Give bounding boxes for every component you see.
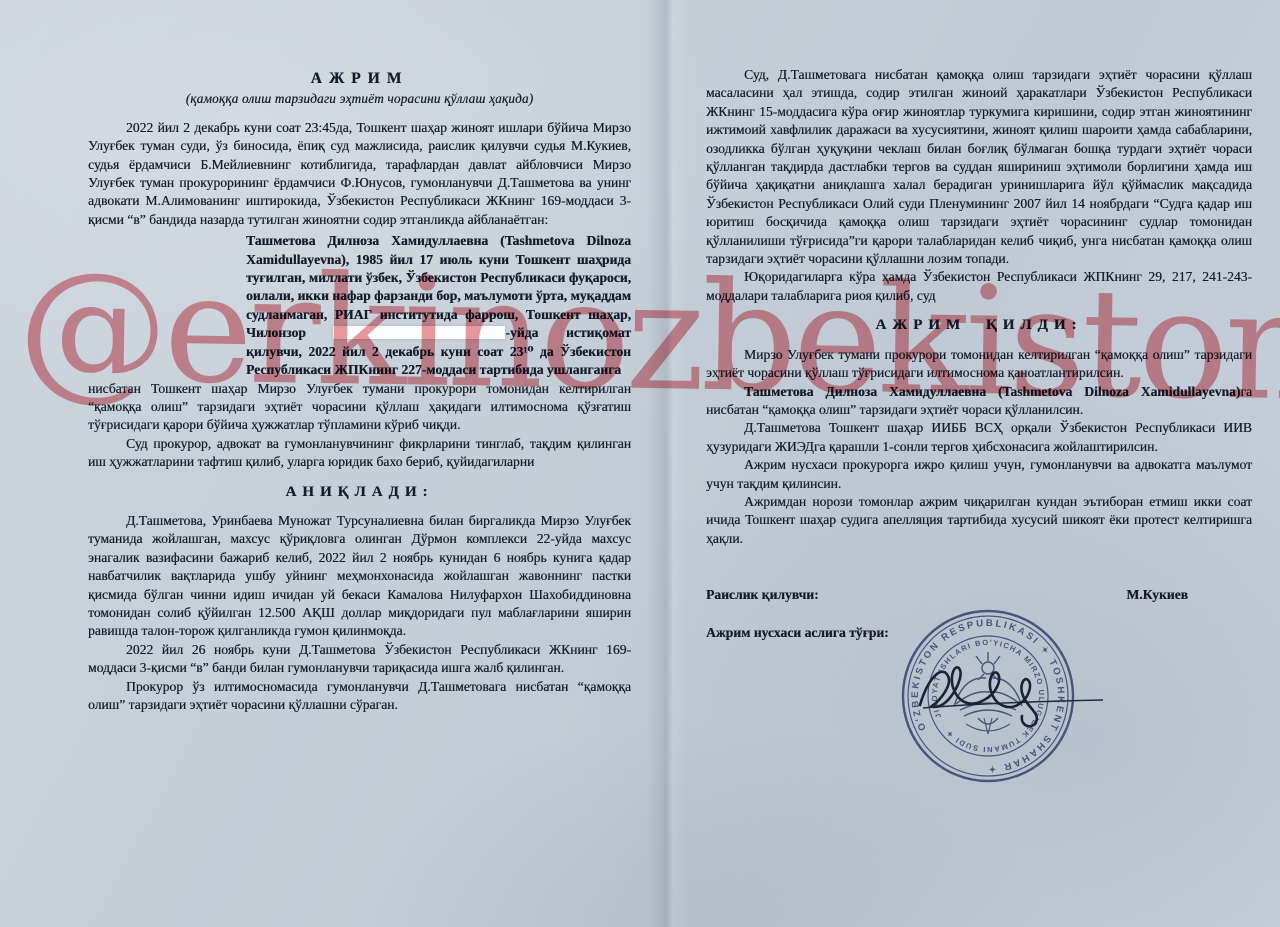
document-title: АЖРИМ — [88, 70, 631, 88]
page-left: АЖРИМ (қамоққа олиш тарзидаги эҳтиёт чор… — [88, 70, 631, 714]
paragraph-ruling-1: Мирзо Улуғбек тумани прокурори томонидан… — [706, 346, 1252, 383]
judge-name: М.Кукиев — [1126, 586, 1188, 604]
paragraph-prosecutor-request: Прокурор ўз илтимосномасида гумонланувчи… — [88, 678, 631, 715]
suspect-name-bold: Ташметова Дилноза Хамидуллаевна (Tashmet… — [744, 384, 1240, 399]
paragraph-findings: Д.Ташметова, Уринбаева Муножат Турсунали… — [88, 512, 631, 641]
paragraph-charge-date: 2022 йил 26 ноябрь куни Д.Ташметова Ўзбе… — [88, 641, 631, 678]
judge-signature — [898, 650, 1113, 745]
paragraph-court-review: Суд прокурор, адвокат ва гумонланувчинин… — [88, 435, 631, 472]
paragraph-court-reasoning: Суд, Д.Ташметовага нисбатан қамоққа олиш… — [706, 66, 1252, 268]
paragraph-intro: 2022 йил 2 декабрь куни соат 23:45да, То… — [88, 119, 631, 229]
paragraph-petition: нисбатан Тошкент шаҳар Мирзо Улуғбек тум… — [88, 380, 631, 435]
suspect-details-block: Ташметова Дилноза Хамидуллаевна (Tashmet… — [246, 232, 631, 379]
paragraph-appeal-rights: Ажримдан норози томонлар ажрим чиқарилга… — [706, 493, 1252, 548]
signoff-row: Раислик қилувчи: М.Кукиев — [706, 586, 1252, 604]
page-right: Суд, Д.Ташметовага нисбатан қамоққа олиш… — [706, 66, 1252, 642]
section-heading-aniqladi: АНИҚЛАДИ: — [88, 483, 631, 501]
redaction-box — [333, 326, 505, 339]
paragraph-ruling-2: Ташметова Дилноза Хамидуллаевна (Tashmet… — [706, 383, 1252, 420]
document-subtitle: (қамоққа олиш тарзидаги эҳтиёт чорасини … — [88, 90, 631, 108]
section-heading-ajrim-qildi: АЖРИМ ҚИЛДИ: — [706, 316, 1252, 334]
paragraph-ruling-4: Ажрим нусхаси прокурорга ижро қилиш учун… — [706, 456, 1252, 493]
presiding-judge-label: Раислик қилувчи: — [706, 586, 819, 604]
page-fold-shadow — [646, 0, 686, 927]
paragraph-legal-basis: Юқоридагиларга кўра ҳамда Ўзбекистон Рес… — [706, 268, 1252, 305]
paragraph-ruling-3: Д.Ташметова Тошкент шаҳар ИИББ ВСҲ орқал… — [706, 419, 1252, 456]
